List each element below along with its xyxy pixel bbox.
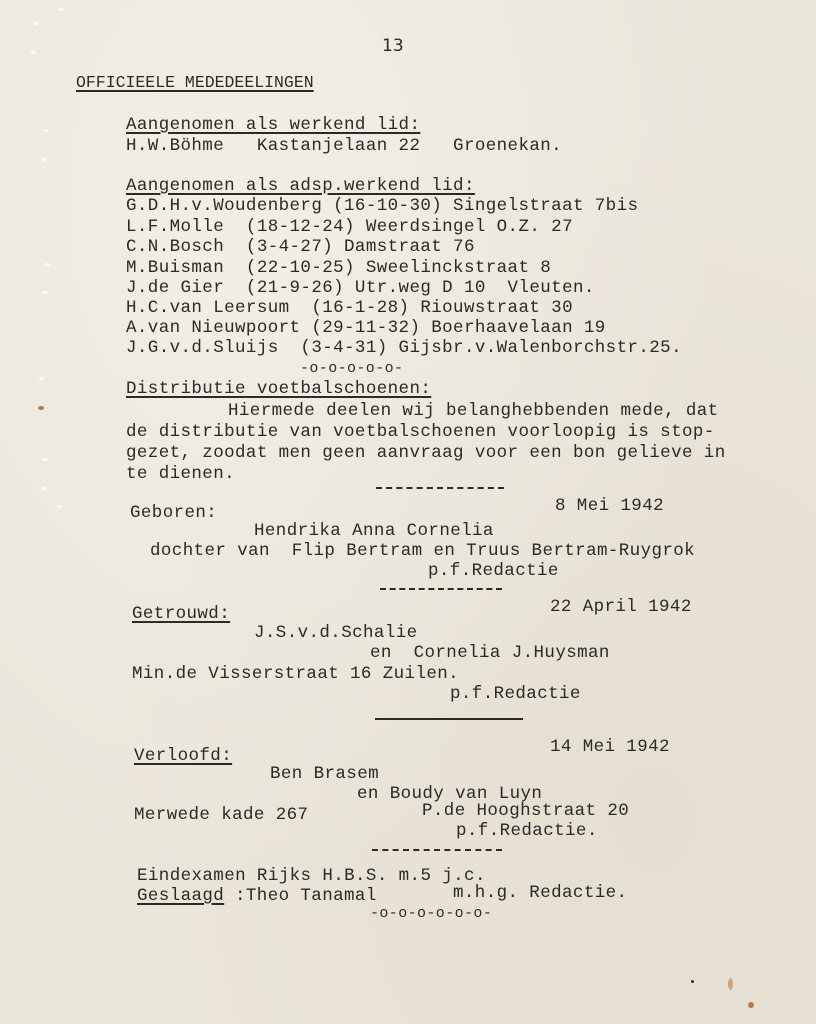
section-label-accepted-member: Aangenomen als werkend lid: (126, 115, 420, 135)
engaged-person-1: Ben Brasem (270, 764, 379, 784)
married-signature: p.f.Redactie (450, 684, 581, 704)
solid-divider (375, 718, 523, 720)
born-date: 8 Mei 1942 (555, 496, 664, 516)
distribution-text-line: gezet, zoodat men geen aanvraag voor een… (126, 443, 726, 463)
engaged-address-2: P.de Hooghstraat 20 (422, 801, 629, 821)
paper-hole (42, 158, 47, 161)
section-separator: -o-o-o-o-o- (300, 359, 403, 379)
exam-signature: m.h.g. Redactie. (453, 883, 627, 903)
engaged-signature: p.f.Redactie. (456, 821, 598, 841)
paper-hole (43, 291, 48, 294)
page-number: 13 (382, 36, 404, 56)
married-date: 22 April 1942 (550, 597, 692, 617)
born-name: Hendrika Anna Cornelia (254, 521, 494, 541)
aspirant-entry: A.van Nieuwpoort (29-11-32) Boerhaavelaa… (126, 318, 606, 338)
exam-line: Eindexamen Rijks H.B.S. m.5 j.c. (137, 866, 486, 886)
married-bride: en Cornelia J.Huysman (370, 643, 610, 663)
aspirant-entry: G.D.H.v.Woudenberg (16-10-30) Singelstra… (126, 196, 638, 216)
exam-passed-label: Geslaagd (137, 886, 224, 906)
distribution-text-line: de distributie van voetbalschoenen voorl… (126, 422, 715, 442)
page-heading: OFFICIEELE MEDEDEELINGEN (76, 73, 314, 93)
paper-hole (57, 505, 62, 508)
aspirant-entry: J.de Gier (21-9-26) Utr.weg D 10 Vleuten… (126, 278, 595, 298)
engaged-address-1: Merwede kade 267 (134, 805, 308, 825)
paper-hole (39, 377, 44, 380)
closing-separator: -o-o-o-o-o-o- (370, 904, 492, 924)
aspirant-entry: M.Buisman (22-10-25) Sweelinckstraat 8 (126, 258, 551, 278)
paper-hole (42, 458, 47, 461)
paper-hole (42, 487, 47, 490)
section-label-born: Geboren: (130, 503, 217, 523)
dashed-divider (376, 487, 504, 489)
paper-hole (43, 129, 48, 132)
paper-stain (38, 406, 44, 410)
born-parents: dochter van Flip Bertram en Truus Bertra… (150, 541, 695, 561)
married-groom: J.S.v.d.Schalie (254, 623, 418, 643)
paper-stain (748, 1002, 754, 1008)
dashed-divider (372, 849, 502, 851)
paper-hole (45, 263, 50, 266)
aspirant-entry: J.G.v.d.Sluijs (3-4-31) Gijsbr.v.Walenbo… (126, 338, 682, 358)
born-signature: p.f.Redactie (428, 561, 559, 581)
married-address: Min.de Visserstraat 16 Zuilen. (132, 664, 459, 684)
section-label-distribution: Distributie voetbalschoenen: (126, 379, 431, 399)
section-label-married: Getrouwd: (132, 604, 230, 624)
paper-hole (31, 51, 36, 54)
exam-passed-name: :Theo Tanamal (235, 886, 377, 906)
paper-stain (728, 978, 733, 990)
distribution-text-line: Hiermede deelen wij belanghebbenden mede… (228, 401, 719, 421)
paper-stain (691, 980, 694, 983)
aspirant-entry: L.F.Molle (18-12-24) Weerdsingel O.Z. 27 (126, 217, 573, 237)
paper-hole (34, 22, 39, 25)
engaged-date: 14 Mei 1942 (550, 737, 670, 757)
aspirant-entry: C.N.Bosch (3-4-27) Damstraat 76 (126, 237, 475, 257)
accepted-member-entry: H.W.Böhme Kastanjelaan 22 Groenekan. (126, 136, 562, 156)
section-label-engaged: Verloofd: (134, 746, 232, 766)
dashed-divider (380, 588, 502, 590)
aspirant-entry: H.C.van Leersum (16-1-28) Riouwstraat 30 (126, 298, 573, 318)
paper-hole (58, 8, 63, 11)
distribution-text-line: te dienen. (126, 464, 235, 484)
section-label-accepted-aspirant: Aangenomen als adsp.werkend lid: (126, 176, 475, 196)
